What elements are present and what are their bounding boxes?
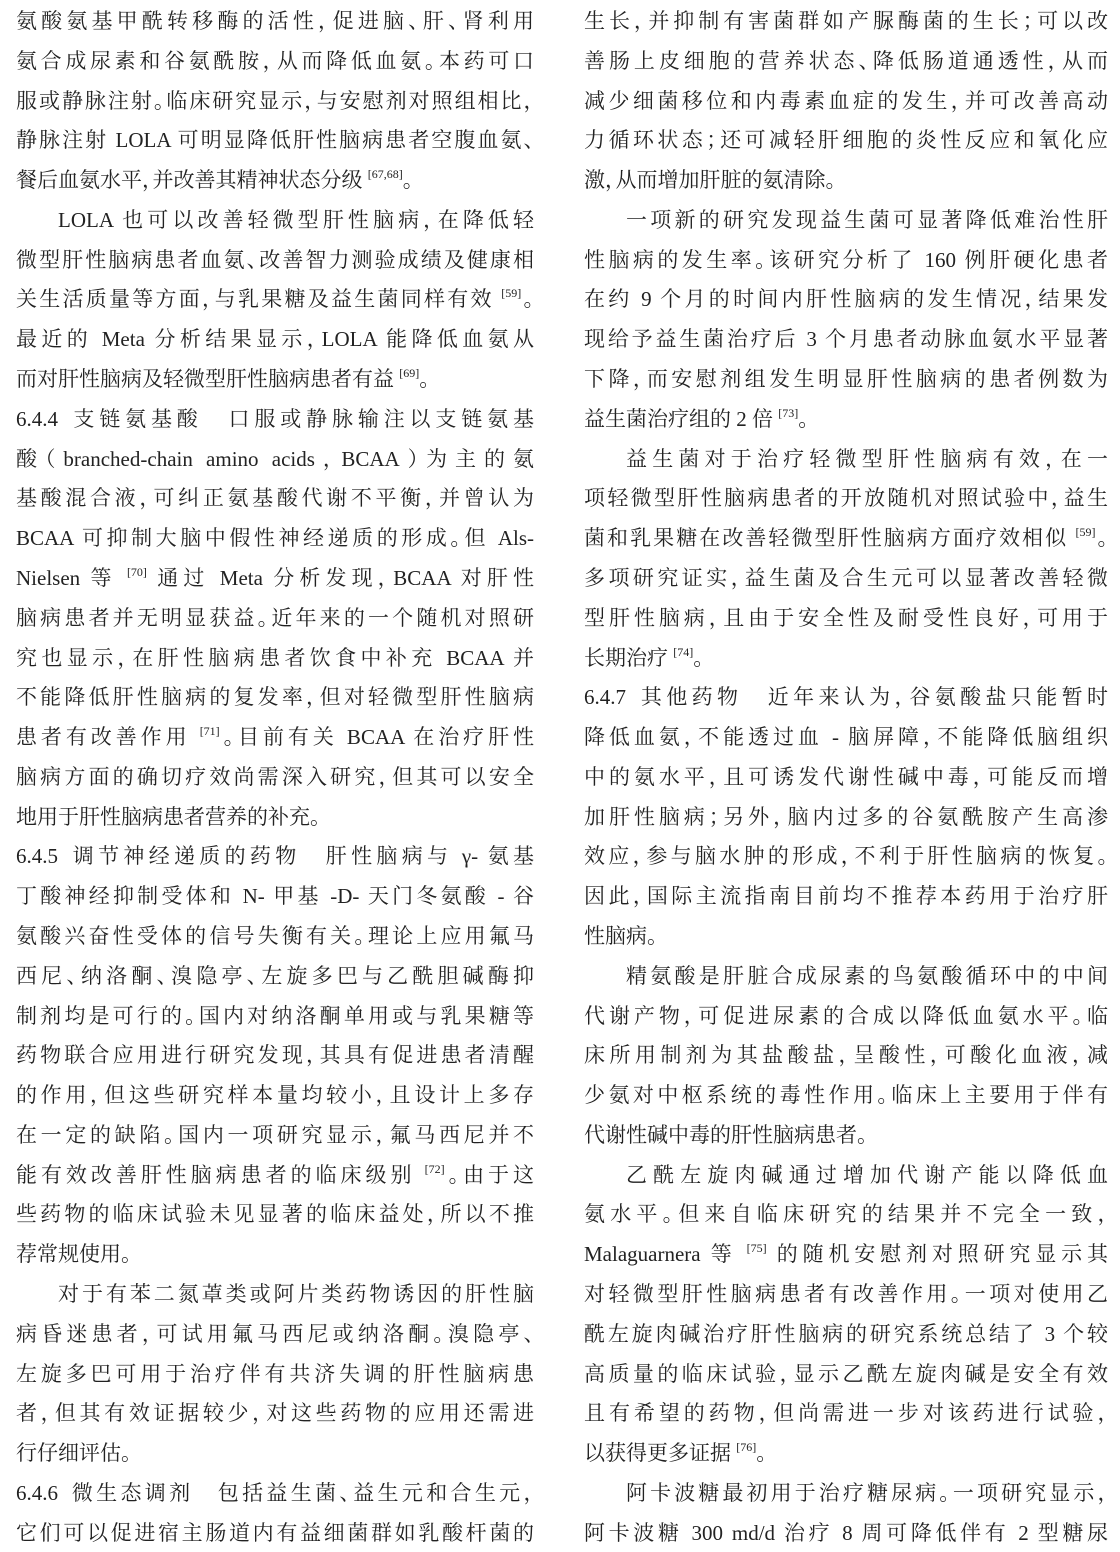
text-line: 下降，而安慰剂组发生明显肝性脑病的患者例数为 bbox=[584, 360, 1108, 400]
text-line: 的作用，但这些研究样本量均较小，且设计上多存 bbox=[16, 1076, 534, 1116]
text-line: 以获得更多证据 [76]。 bbox=[584, 1434, 1108, 1474]
text-line: 不能降低肝性脑病的复发率，但对轻微型肝性脑病 bbox=[16, 678, 534, 718]
text-line: 6.4.6 微生态调剂 包括益生菌、益生元和合生元， bbox=[16, 1474, 534, 1514]
citation-reference: [59] bbox=[501, 286, 521, 300]
text-line: 酸（branched-chain amino acids，BCAA）为主的氨 bbox=[16, 440, 534, 480]
text-line: 高质量的临床试验，显示乙酰左旋肉碱是安全有效 bbox=[584, 1355, 1108, 1395]
text-line: 阿卡波糖最初用于治疗糖尿病。一项研究显示， bbox=[584, 1474, 1108, 1514]
text-line: 6.4.4 支链氨基酸 口服或静脉输注以支链氨基 bbox=[16, 400, 534, 440]
document-page: 氨酸氨基甲酰转移酶的活性，促进脑、肝、肾利用氨合成尿素和谷氨酰胺，从而降低血氨。… bbox=[0, 0, 1120, 1552]
text-line: 性脑病。 bbox=[584, 917, 1108, 957]
text-line: 且有希望的药物，但尚需进一步对该药进行试验， bbox=[584, 1394, 1108, 1434]
text-line: 地用于肝性脑病患者营养的补充。 bbox=[16, 798, 534, 838]
text-line: 项轻微型肝性脑病患者的开放随机对照试验中，益生 bbox=[584, 479, 1108, 519]
text-line: 制剂均是可行的。国内对纳洛酮单用或与乳果糖等 bbox=[16, 997, 534, 1037]
right-column: 生长，并抑制有害菌群如产脲酶菌的生长；可以改善肠上皮细胞的营养状态、降低肠道通透… bbox=[584, 2, 1108, 1552]
citation-reference: [75] bbox=[747, 1241, 767, 1255]
text-line: 多项研究证实，益生菌及合生元可以显著改善轻微 bbox=[584, 559, 1108, 599]
text-line: 氨合成尿素和谷氨酰胺，从而降低血氨。本药可口 bbox=[16, 42, 534, 82]
text-line: 代谢产物，可促进尿素的合成以降低血氨水平。临 bbox=[584, 997, 1108, 1037]
text-line: 些药物的临床试验未见显著的临床益处，所以不推 bbox=[16, 1195, 534, 1235]
citation-reference: [73] bbox=[778, 406, 798, 420]
text-line: 益生菌对于治疗轻微型肝性脑病有效，在一 bbox=[584, 440, 1108, 480]
text-line: 基酸混合液，可纠正氨基酸代谢不平衡，并曾认为 bbox=[16, 479, 534, 519]
text-line: 而对肝性脑病及轻微型肝性脑病患者有益 [69]。 bbox=[16, 360, 534, 400]
text-line: 一项新的研究发现益生菌可显著降低难治性肝 bbox=[584, 201, 1108, 241]
text-line: 加肝性脑病；另外，脑内过多的谷氨酰胺产生高渗 bbox=[584, 798, 1108, 838]
text-line: 服或静脉注射。临床研究显示，与安慰剂对照组相比， bbox=[16, 82, 534, 122]
text-line: 现给予益生菌治疗后 3 个月患者动脉血氨水平显著 bbox=[584, 320, 1108, 360]
text-line: 长期治疗 [74]。 bbox=[584, 639, 1108, 679]
text-line: 6.4.5 调节神经递质的药物 肝性脑病与 γ- 氨基 bbox=[16, 837, 534, 877]
text-line: 病昏迷患者，可试用氟马西尼或纳洛酮。溴隐亭、 bbox=[16, 1315, 534, 1355]
text-line: 患者有改善作用 [71]。目前有关 BCAA 在治疗肝性 bbox=[16, 718, 534, 758]
text-line: 中的氨水平，且可诱发代谢性碱中毒，可能反而增 bbox=[584, 758, 1108, 798]
text-line: 能有效改善肝性脑病患者的临床级别 [72]。由于这 bbox=[16, 1156, 534, 1196]
text-line: 关生活质量等方面，与乳果糖及益生菌同样有效 [59]。 bbox=[16, 280, 534, 320]
text-line: 它们可以促进宿主肠道内有益细菌群如乳酸杆菌的 bbox=[16, 1514, 534, 1552]
text-line: BCAA 可抑制大脑中假性神经递质的形成。但 Als- bbox=[16, 519, 534, 559]
text-line: 少氨对中枢系统的毒性作用。临床上主要用于伴有 bbox=[584, 1076, 1108, 1116]
citation-reference: [72] bbox=[425, 1162, 445, 1176]
text-line: 对于有苯二氮䓬类或阿片类药物诱因的肝性脑 bbox=[16, 1275, 534, 1315]
text-line: LOLA 也可以改善轻微型肝性脑病，在降低轻 bbox=[16, 201, 534, 241]
text-line: 型肝性脑病，且由于安全性及耐受性良好，可用于 bbox=[584, 599, 1108, 639]
text-line: 行仔细评估。 bbox=[16, 1434, 534, 1474]
text-line: 脑病方面的确切疗效尚需深入研究，但其可以安全 bbox=[16, 758, 534, 798]
text-line: 床所用制剂为其盐酸盐，呈酸性，可酸化血液，减 bbox=[584, 1036, 1108, 1076]
text-line: 因此，国际主流指南目前均不推荐本药用于治疗肝 bbox=[584, 877, 1108, 917]
text-line: 药物联合应用进行研究发现，其具有促进患者清醒 bbox=[16, 1036, 534, 1076]
text-line: 氨酸氨基甲酰转移酶的活性，促进脑、肝、肾利用 bbox=[16, 2, 534, 42]
text-line: 生长，并抑制有害菌群如产脲酶菌的生长；可以改 bbox=[584, 2, 1108, 42]
text-line: 最近的 Meta 分析结果显示，LOLA 能降低血氨从 bbox=[16, 320, 534, 360]
citation-reference: [69] bbox=[399, 366, 419, 380]
text-line: 西尼、纳洛酮、溴隐亭、左旋多巴与乙酰胆碱酶抑 bbox=[16, 957, 534, 997]
left-column: 氨酸氨基甲酰转移酶的活性，促进脑、肝、肾利用氨合成尿素和谷氨酰胺，从而降低血氨。… bbox=[16, 2, 534, 1552]
text-line: 6.4.7 其他药物 近年来认为，谷氨酸盐只能暂时 bbox=[584, 678, 1108, 718]
text-line: 善肠上皮细胞的营养状态、降低肠道通透性，从而 bbox=[584, 42, 1108, 82]
citation-reference: [71] bbox=[200, 724, 220, 738]
text-line: 激，从而增加肝脏的氨清除。 bbox=[584, 161, 1108, 201]
text-line: 者，但其有效证据较少，对这些药物的应用还需进 bbox=[16, 1394, 534, 1434]
text-line: 脑病患者并无明显获益。近年来的一个随机对照研 bbox=[16, 599, 534, 639]
citation-reference: [70] bbox=[127, 565, 147, 579]
citation-reference: [76] bbox=[736, 1440, 756, 1454]
text-line: 左旋多巴可用于治疗伴有共济失调的肝性脑病患 bbox=[16, 1355, 534, 1395]
text-line: 性脑病的发生率。该研究分析了 160 例肝硬化患者 bbox=[584, 241, 1108, 281]
text-line: 精氨酸是肝脏合成尿素的鸟氨酸循环中的中间 bbox=[584, 957, 1108, 997]
text-line: 力循环状态；还可减轻肝细胞的炎性反应和氧化应 bbox=[584, 121, 1108, 161]
text-line: 在一定的缺陷。国内一项研究显示，氟马西尼并不 bbox=[16, 1116, 534, 1156]
text-line: 微型肝性脑病患者血氨、改善智力测验成绩及健康相 bbox=[16, 241, 534, 281]
text-line: 氨水平。但来自临床研究的结果并不完全一致， bbox=[584, 1195, 1108, 1235]
text-line: 酰左旋肉碱治疗肝性脑病的研究系统总结了 3 个较 bbox=[584, 1315, 1108, 1355]
text-line: 对轻微型肝性脑病患者有改善作用。一项对使用乙 bbox=[584, 1275, 1108, 1315]
text-line: 代谢性碱中毒的肝性脑病患者。 bbox=[584, 1116, 1108, 1156]
text-line: 益生菌治疗组的 2 倍 [73]。 bbox=[584, 400, 1108, 440]
text-line: 菌和乳果糖在改善轻微型肝性脑病方面疗效相似 [59]。 bbox=[584, 519, 1108, 559]
text-line: 阿卡波糖 300 md/d 治疗 8 周可降低伴有 2 型糖尿 bbox=[584, 1514, 1108, 1552]
text-line: 在约 9 个月的时间内肝性脑病的发生情况，结果发 bbox=[584, 280, 1108, 320]
text-line: 静脉注射 LOLA 可明显降低肝性脑病患者空腹血氨、 bbox=[16, 121, 534, 161]
text-line: Nielsen 等 [70] 通过 Meta 分析发现，BCAA 对肝性 bbox=[16, 559, 534, 599]
citation-reference: [74] bbox=[673, 645, 693, 659]
text-line: 乙酰左旋肉碱通过增加代谢产能以降低血 bbox=[584, 1156, 1108, 1196]
text-line: Malaguarnera 等 [75] 的随机安慰剂对照研究显示其 bbox=[584, 1235, 1108, 1275]
text-line: 荐常规使用。 bbox=[16, 1235, 534, 1275]
text-line: 减少细菌移位和内毒素血症的发生，并可改善高动 bbox=[584, 82, 1108, 122]
citation-reference: [59] bbox=[1075, 525, 1095, 539]
text-line: 丁酸神经抑制受体和 N- 甲基 -D- 天门冬氨酸 - 谷 bbox=[16, 877, 534, 917]
text-line: 餐后血氨水平，并改善其精神状态分级 [67,68]。 bbox=[16, 161, 534, 201]
text-line: 氨酸兴奋性受体的信号失衡有关。理论上应用氟马 bbox=[16, 917, 534, 957]
text-line: 究也显示，在肝性脑病患者饮食中补充 BCAA 并 bbox=[16, 639, 534, 679]
text-line: 降低血氨，不能透过血 - 脑屏障，不能降低脑组织 bbox=[584, 718, 1108, 758]
citation-reference: [67,68] bbox=[368, 167, 403, 181]
text-line: 效应，参与脑水肿的形成，不利于肝性脑病的恢复。 bbox=[584, 837, 1108, 877]
